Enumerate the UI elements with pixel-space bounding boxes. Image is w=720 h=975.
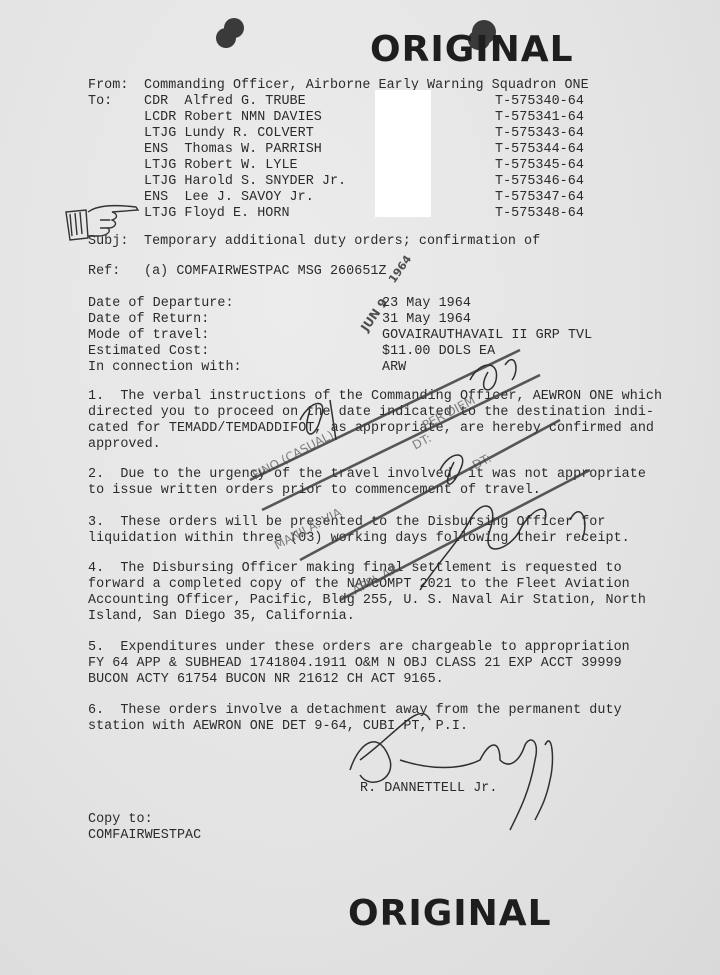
paragraph-6-line: station with AEWRON ONE DET 9-64, CUBI P… (88, 719, 468, 735)
recipient-name: CDR Alfred G. TRUBE (144, 94, 306, 110)
detail-label: Estimated Cost: (88, 344, 209, 360)
paragraph-3-line: 3. These orders will be presented to the… (88, 515, 605, 531)
recipient-name: LTJG Floyd E. HORN (144, 206, 290, 222)
subject-value: Temporary additional duty orders; confir… (144, 234, 540, 250)
signature-name: R. DANNETTELL Jr. (360, 781, 497, 797)
reference-value: (a) COMFAIRWESTPAC MSG 260651Z (144, 264, 387, 280)
detail-value: 31 May 1964 (382, 312, 471, 328)
document-page: ORIGINAL From: Commanding Officer, Airbo… (0, 0, 720, 975)
detail-label: Date of Departure: (88, 296, 234, 312)
paragraph-5-line: BUCON ACTY 61754 BUCON NR 21612 CH ACT 9… (88, 672, 444, 688)
recipient-order-number: T-575340-64 (495, 94, 584, 110)
detail-value: ARW (382, 360, 406, 376)
paragraph-6-line: 6. These orders involve a detachment awa… (88, 703, 622, 719)
detail-label: Mode of travel: (88, 328, 209, 344)
copy-to-value: COMFAIRWESTPAC (88, 828, 201, 844)
paragraph-1-line: approved. (88, 437, 161, 453)
recipient-name: LTJG Lundy R. COLVERT (144, 126, 314, 142)
paragraph-1-line: cated for TEMADD/TEMDADDIFOT, as appropr… (88, 421, 654, 437)
subject-label: Subj: (88, 234, 128, 250)
reference-label: Ref: (88, 264, 120, 280)
paragraph-3-line: liquidation within three (03) working da… (88, 531, 630, 547)
detail-label: In connection with: (88, 360, 242, 376)
recipient-name: LTJG Harold S. SNYDER Jr. (144, 174, 346, 190)
recipient-order-number: T-575343-64 (495, 126, 584, 142)
original-stamp-bottom: ORIGINAL (348, 894, 552, 934)
paragraph-4-line: Island, San Diego 35, California. (88, 609, 355, 625)
recipient-order-number: T-575344-64 (495, 142, 584, 158)
detail-value: GOVAIRAUTHAVAIL II GRP TVL (382, 328, 592, 344)
paragraph-1-line: 1. The verbal instructions of the Comman… (88, 389, 662, 405)
punch-hole-left-lower (216, 28, 236, 48)
from-value: Commanding Officer, Airborne Early Warni… (144, 78, 589, 94)
paragraph-2-line: 2. Due to the urgency of the travel invo… (88, 467, 646, 483)
redaction-box (375, 90, 431, 217)
recipient-name: LCDR Robert NMN DAVIES (144, 110, 322, 126)
paragraph-4-line: 4. The Disbursing Officer making final s… (88, 561, 622, 577)
paragraph-2-line: to issue written orders prior to commenc… (88, 483, 541, 499)
paragraph-4-line: Accounting Officer, Pacific, Bldg 255, U… (88, 593, 646, 609)
paragraph-5-line: FY 64 APP & SUBHEAD 1741804.1911 O&M N O… (88, 656, 622, 672)
recipient-order-number: T-575347-64 (495, 190, 584, 206)
from-label: From: (88, 78, 128, 94)
recipient-name: ENS Lee J. SAVOY Jr. (144, 190, 314, 206)
paragraph-5-line: 5. Expenditures under these orders are c… (88, 640, 630, 656)
copy-to-label: Copy to: (88, 812, 153, 828)
original-stamp-top: ORIGINAL (370, 30, 574, 70)
paragraph-1-line: directed you to proceed on the date indi… (88, 405, 654, 421)
detail-value: 23 May 1964 (382, 296, 471, 312)
recipient-name: LTJG Robert W. LYLE (144, 158, 298, 174)
recipient-order-number: T-575346-64 (495, 174, 584, 190)
recipient-order-number: T-575341-64 (495, 110, 584, 126)
recipient-name: ENS Thomas W. PARRISH (144, 142, 322, 158)
detail-value: $11.00 DOLS EA (382, 344, 495, 360)
detail-label: Date of Return: (88, 312, 209, 328)
date-stamp-year: 1964 (386, 253, 414, 286)
recipient-order-number: T-575348-64 (495, 206, 584, 222)
to-label: To: (88, 94, 112, 110)
recipient-order-number: T-575345-64 (495, 158, 584, 174)
